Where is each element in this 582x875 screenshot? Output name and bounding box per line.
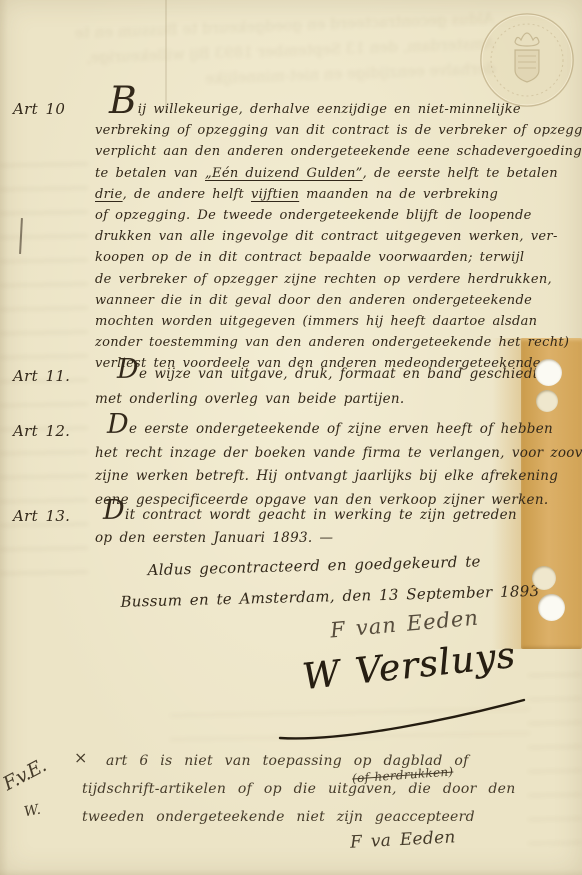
manuscript-line: drie, de andere helft vijftien maanden n… bbox=[95, 184, 573, 205]
article-label: Art 12. bbox=[13, 422, 70, 440]
punch-hole bbox=[536, 390, 558, 412]
manuscript-line: verplicht aan den anderen ondergeteekend… bbox=[95, 141, 573, 162]
margin-initials: W. bbox=[23, 802, 43, 821]
article-block: Art 12.De eerste ondergeteekende of zijn… bbox=[0, 418, 582, 512]
text-segment: maanden na de verbreking bbox=[299, 187, 498, 202]
footnote-marker: × bbox=[74, 748, 88, 767]
article-lines: De wijze van uitgave, druk, formaat en b… bbox=[95, 362, 573, 412]
manuscript-line: wanneer die in dit geval door den andere… bbox=[95, 290, 573, 311]
punch-hole bbox=[535, 359, 562, 386]
manuscript-line: zonder toestemming van den anderen onder… bbox=[95, 332, 573, 353]
manuscript-line: Bij willekeurige, derhalve eenzijdige en… bbox=[95, 93, 573, 120]
article-block: Art 13.Dit contract wordt geacht in werk… bbox=[0, 504, 582, 550]
article-label: Art 10 bbox=[13, 100, 65, 118]
document-page: Aldus gecontracteerd en goedgekeurd te B… bbox=[0, 0, 582, 875]
manuscript-line: koopen op de in dit contract bepaalde vo… bbox=[95, 247, 573, 268]
manuscript-line: verbreking of opzegging van dit contract… bbox=[95, 120, 573, 141]
manuscript-line: het recht inzage der boeken vande firma … bbox=[95, 442, 573, 466]
manuscript-line: zijne werken betreft. Hij ontvangt jaarl… bbox=[95, 465, 573, 489]
manuscript-line: te betalen van „Eén duizend Gulden”, de … bbox=[95, 163, 573, 184]
manuscript-line: De wijze van uitgave, druk, formaat en b… bbox=[95, 362, 573, 387]
text-segment: vijftien bbox=[251, 187, 299, 202]
manuscript-line: met onderling overleg van beide partijen… bbox=[95, 387, 573, 412]
text-segment: „Eén duizend Gulden” bbox=[205, 166, 363, 181]
manuscript-line: of opzegging. De tweede ondergeteekende … bbox=[95, 205, 573, 226]
article-block: Art 11.De wijze van uitgave, druk, forma… bbox=[0, 362, 582, 412]
punch-hole bbox=[538, 594, 565, 621]
signature-flourish bbox=[276, 690, 528, 742]
manuscript-line: Dit contract wordt geacht in werking te … bbox=[95, 504, 573, 527]
closing-statement: Aldus gecontracteerd en goedgekeurd te B… bbox=[147, 545, 540, 617]
manuscript-line: de verbreker of opzegger zijne rechten o… bbox=[95, 269, 573, 290]
text-segment: , de andere helft bbox=[123, 187, 251, 202]
article-lines: Dit contract wordt geacht in werking te … bbox=[95, 504, 573, 550]
article-block: Art 10Bij willekeurige, derhalve eenzijd… bbox=[0, 93, 582, 375]
manuscript-line: mochten worden uitgegeven (immers hij he… bbox=[95, 311, 573, 332]
article-lines: Bij willekeurige, derhalve eenzijdige en… bbox=[95, 93, 573, 375]
article-label: Art 11. bbox=[13, 367, 70, 385]
footnote-line: tweeden ondergeteekende niet zijn geacce… bbox=[82, 809, 475, 825]
article-lines: De eerste ondergeteekende of zijne erven… bbox=[95, 418, 573, 512]
text-segment: , de eerste helft te betalen bbox=[363, 166, 558, 181]
manuscript-line: De eerste ondergeteekende of zijne erven… bbox=[95, 418, 573, 442]
punch-hole bbox=[532, 566, 556, 590]
text-segment: drie bbox=[95, 187, 123, 202]
article-label: Art 13. bbox=[13, 507, 70, 525]
footnote-line: tijdschrift-artikelen of op die uitgaven… bbox=[82, 781, 516, 797]
manuscript-line: drukken van alle ingevolge dit contract … bbox=[95, 226, 573, 247]
text-segment: te betalen van bbox=[95, 166, 205, 181]
articles-section: Art 10Bij willekeurige, derhalve eenzijd… bbox=[0, 0, 582, 875]
